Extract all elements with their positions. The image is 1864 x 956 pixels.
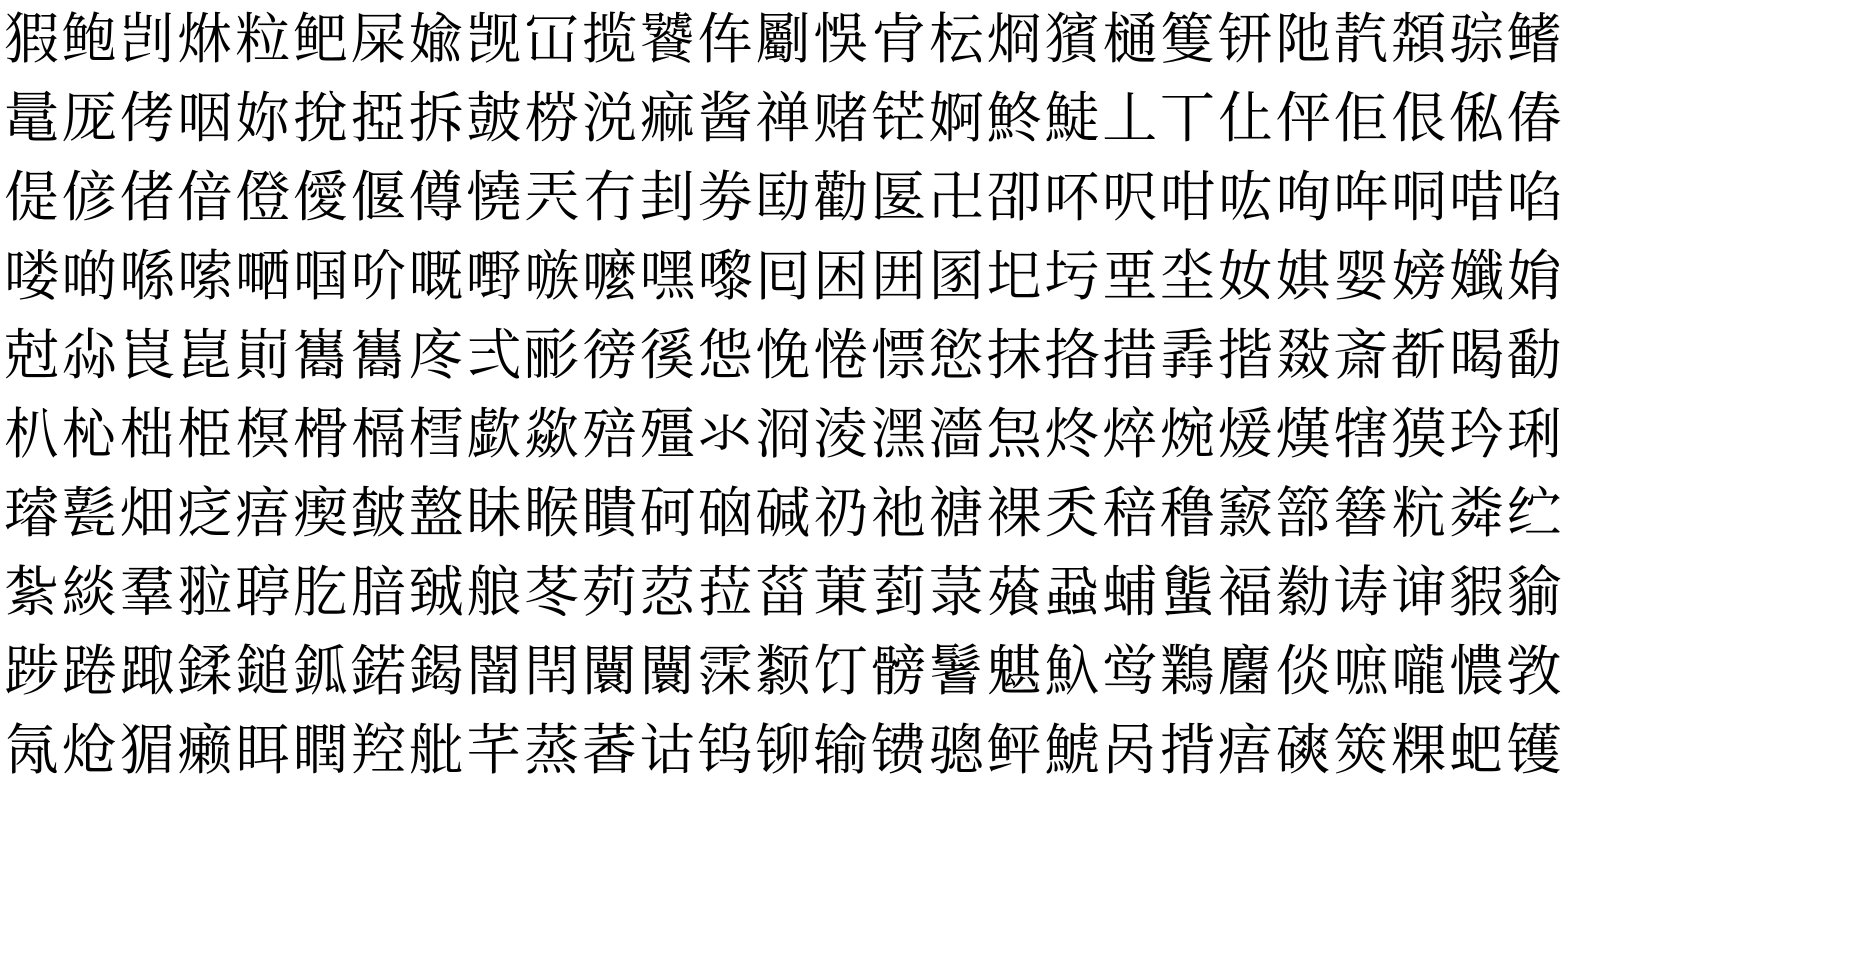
text-line: 氝炝猸癞眲瞤羫舭芊蒸萫诂钨铆输镄骢鲆鯱呙揹痦磢筴粿蚆镬 — [4, 711, 1864, 790]
text-line: 紮緂羣翋聤肐腤臹艆苳茢荵菈菑菄菿菉蕵蝨蜅螚褔勬诪谉貑貐 — [4, 553, 1864, 632]
text-line: 偍偐偖偣僜僾偃僔憢兲冇刲劵劻勸匽卍卲吥呎咁吰咰哖哃唶啗 — [4, 158, 1864, 237]
character-grid: 猳鲍剀烌粒鲃屎婾觊冚揽饕伡劚悞肻枟烱獱樋篗钘阤靔頮骔鳍 鼌厐侤咽妳挩掗拆皷梤涚痲… — [4, 0, 1864, 956]
text-line: 鼌厐侤咽妳挩掗拆皷梤涚痲酱禅赌铓婀鮗鯐丄丅仩伻佢佷俬偆 — [4, 79, 1864, 158]
text-line: 尅尛崀崑崱巂巂庝弍彨徬徯怹悗惓慓慾抹挌措掱揩敠斎斱暍勫 — [4, 316, 1864, 395]
text-line: 喽啲喺嗦嗮啯吤嘅嘢嗾嚒嘿嚟囘困囲圂圯圬垔坔奻娸婴嫎孅姢 — [4, 237, 1864, 316]
text-line: 朳杺柮栕榠榾槅樰歔歘殕殭氺浻淩潶濇炰炵焠焥煖熯犗獏玪琍 — [4, 395, 1864, 474]
text-line: 璿甏畑疺痦瘈皶盩眛睺瞶砢硇碱礽祂禟裸秂稖穞窾篰簮粇粦纻 — [4, 474, 1864, 553]
text-line: 踄踡踙鍒鎚鈲鍩鍻闇閈闤闤霂颣饤髈鬐魌魞鸴鸈麕倓嗻嚨憹敩 — [4, 632, 1864, 711]
text-line: 猳鲍剀烌粒鲃屎婾觊冚揽饕伡劚悞肻枟烱獱樋篗钘阤靔頮骔鳍 — [4, 0, 1864, 79]
